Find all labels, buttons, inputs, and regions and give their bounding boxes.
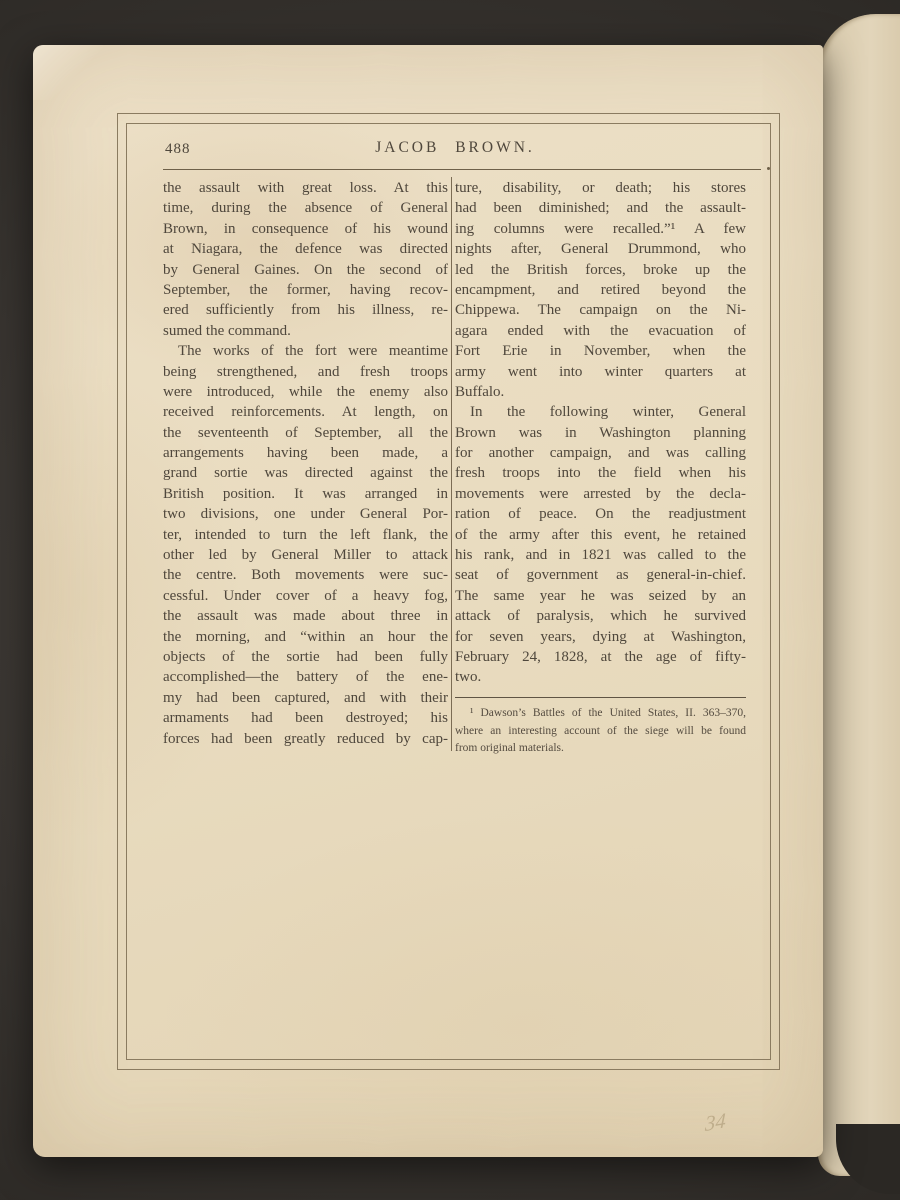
text-line: The works of the fort were meantime [163,341,448,361]
text-line: the assault was made about three in [163,606,448,626]
footnote-separator-rule [455,697,746,698]
photo-background: 488 JACOB BROWN. the assault with great … [0,0,900,1200]
book-page: 488 JACOB BROWN. the assault with great … [33,45,823,1157]
text-line: ter, intended to turn the left flank, th… [163,525,448,545]
text-line: ture, disability, or death; his stores [455,178,746,198]
text-line: fresh troops into the field when his [455,463,746,483]
text-line: were introduced, while the enemy also [163,382,448,402]
column-divider-rule [451,177,452,751]
text-line: ered sufficiently from his illness, re- [163,300,448,320]
text-line: February 24, 1828, at the age of fifty- [455,647,746,667]
text-line: Brown was in Washington planning [455,423,746,443]
text-line: other led by General Miller to attack [163,545,448,565]
text-line: army went into winter quarters at [455,362,746,382]
text-line: In the following winter, General [455,402,746,422]
text-line: where an interesting account of the sieg… [455,723,746,741]
text-line: the morning, and “within an hour the [163,627,448,647]
text-line: ing columns were recalled.”¹ A few [455,219,746,239]
text-line: September, the former, having recov- [163,280,448,300]
text-line: objects of the sortie had been fully [163,647,448,667]
text-line: The same year he was seized by an [455,586,746,606]
text-line: Chippewa. The campaign on the Ni- [455,300,746,320]
text-line: grand sortie was directed against the [163,463,448,483]
left-text-column: the assault with great loss. At thistime… [163,178,448,749]
text-line: forces had been greatly reduced by cap- [163,729,448,749]
text-line: armaments had been destroyed; his [163,708,448,728]
text-line: being strengthened, and fresh troops [163,362,448,382]
text-line: cessful. Under cover of a heavy fog, [163,586,448,606]
page-header: 488 JACOB BROWN. [163,139,747,163]
text-line: by General Gaines. On the second of [163,260,448,280]
pencil-mark: 34 [705,1108,727,1137]
running-title: JACOB BROWN. [375,139,535,157]
text-line: from original materials. [455,740,746,758]
text-line: the centre. Both movements were suc- [163,565,448,585]
text-line: arrangements having been made, a [163,443,448,463]
text-line: Fort Erie in November, when the [455,341,746,361]
footnote: ¹ Dawson’s Battles of the United States,… [455,705,746,758]
text-line: time, during the absence of General [163,198,448,218]
text-line: at Niagara, the defence was directed [163,239,448,259]
text-line: movements were arrested by the decla- [455,484,746,504]
text-line: attack of paralysis, which he survived [455,606,746,626]
text-line: seat of government as general-in-chief. [455,565,746,585]
text-line: for another campaign, and was calling [455,443,746,463]
text-line: sumed the command. [163,321,448,341]
text-line: of the army after this event, he retaine… [455,525,746,545]
text-line: ¹ Dawson’s Battles of the United States,… [455,705,746,723]
text-line: his rank, and in 1821 was called to the [455,545,746,565]
text-line: British position. It was arranged in [163,484,448,504]
page-number: 488 [165,141,191,158]
text-line: accomplished—the battery of the ene- [163,667,448,687]
header-rule [163,169,761,170]
text-line: ration of peace. On the readjustment [455,504,746,524]
text-line: the assault with great loss. At this [163,178,448,198]
text-line: for seven years, dying at Washington, [455,627,746,647]
text-line: encampment, and retired beyond the [455,280,746,300]
text-line: received reinforcements. At length, on [163,402,448,422]
text-line: had been diminished; and the assault- [455,198,746,218]
book-page-stack [818,14,900,1176]
text-line: two divisions, one under General Por- [163,504,448,524]
right-text-column: ture, disability, or death; his storesha… [455,178,746,688]
text-line: Brown, in consequence of his wound [163,219,448,239]
text-line: agara ended with the evacuation of [455,321,746,341]
text-line: led the British forces, broke up the [455,260,746,280]
text-line: two. [455,667,746,687]
text-line: my had been captured, and with their [163,688,448,708]
text-line: the seventeenth of September, all the [163,423,448,443]
text-line: Buffalo. [455,382,746,402]
text-line: nights after, General Drummond, who [455,239,746,259]
